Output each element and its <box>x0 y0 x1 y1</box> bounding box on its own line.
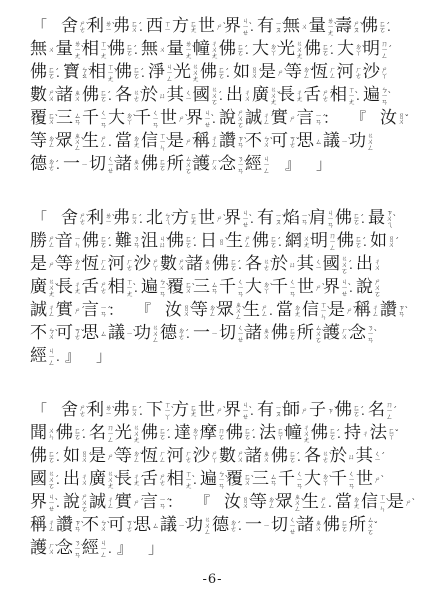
han-char-unit: 生ㄕㄥ <box>302 491 328 514</box>
han-char: 最 <box>368 210 385 227</box>
han-char-unit: 方ㄈㄤ <box>172 207 198 230</box>
zhuyin-annotation: ㄈㄛˊ <box>159 153 166 176</box>
han-char-unit: 佛ㄈㄛˊ <box>337 230 363 253</box>
zhuyin-tone-mark: ˇ <box>192 162 197 171</box>
zhuyin-tone-mark: ˋ <box>270 285 275 294</box>
zhuyin-annotation: ㄈㄛˊ <box>353 207 360 230</box>
zhuyin-letter: ㄢ <box>100 122 107 128</box>
zhuyin-tone-mark: ˊ <box>133 47 138 56</box>
han-char-unit: 實ㄕˊ <box>56 299 82 322</box>
han-char: 名 <box>368 402 385 419</box>
zhuyin-tone-mark: ˋ <box>211 116 216 125</box>
zhuyin-tone-mark: ˋ <box>112 408 117 417</box>
zhuyin-annotation: ㄈㄛˊ <box>289 322 296 345</box>
zhuyin-tone-mark: ˊ <box>192 454 197 463</box>
zhuyin-letter: ㄤ <box>353 503 360 509</box>
zhuyin-tone-mark: ˊ <box>192 93 197 102</box>
period-mark: . <box>328 493 335 514</box>
han-char: 持 <box>344 425 361 442</box>
han-char: 稱 <box>30 517 47 534</box>
han-char-unit: 光ㄍㄨㄤ <box>174 61 200 84</box>
han-char: 佛 <box>271 325 288 342</box>
han-char-unit: 諸ㄓㄨ <box>245 445 271 468</box>
han-char: 德 <box>160 325 177 342</box>
zhuyin-annotation: ㄑㄧㄢ <box>100 107 107 130</box>
zhuyin-annotation: ㄍㄜˋ <box>322 445 329 468</box>
zhuyin-annotation: ㄉㄜˊ <box>48 153 55 176</box>
zhuyin-annotation: ㄑㄧㄢ <box>289 276 296 299</box>
zhuyin-annotation: ㄙ <box>100 322 107 345</box>
han-char: 大 <box>337 41 354 58</box>
han-char-unit: 世ㄕˋ <box>356 468 382 491</box>
zhuyin-annotation: ㄍㄜˋ <box>263 253 270 276</box>
zhuyin-annotation: ㄈㄤ <box>190 399 197 422</box>
zhuyin-tone-mark: ˋ <box>244 139 249 148</box>
han-char-unit: 德ㄉㄜˊ <box>160 322 186 345</box>
zhuyin-tone-mark: ˊ <box>166 500 171 509</box>
zhuyin-tone-mark: ˋ <box>86 408 91 417</box>
zhuyin-annotation: ㄌㄧˋ <box>105 15 112 38</box>
zhuyin-annotation: ㄈㄨˊ <box>131 207 138 230</box>
quote-mark: 「 <box>32 15 47 38</box>
zhuyin-tone-mark: ˋ <box>166 139 171 148</box>
zhuyin-annotation: ㄅㄧㄢˋ <box>381 84 388 107</box>
zhuyin-tone-mark: ˇ <box>282 216 287 225</box>
han-char: 佛 <box>212 256 229 273</box>
han-char-unit: 念ㄋㄧㄢˋ <box>219 153 245 176</box>
zhuyin-tone-mark: ˋ <box>112 24 117 33</box>
han-char-unit: 大ㄉㄚˋ <box>304 468 330 491</box>
zhuyin-annotation: ㄔㄥˊ <box>48 299 55 322</box>
zhuyin-tone-mark: ˊ <box>322 116 327 125</box>
han-char-unit: 師ㄕ <box>283 399 309 422</box>
paragraph: 「舍ㄕㄜˋ利ㄌㄧˋ弗ㄈㄨˊ.北ㄅㄟˇ方ㄈㄤ世ㄕˋ界ㄐㄧㄝˋ.有ㄧㄡˇ焰ㄧㄢˋ肩ㄐ… <box>30 207 399 368</box>
han-char: 議 <box>160 517 177 534</box>
zhuyin-annotation: ㄧㄢˊ <box>100 299 107 322</box>
han-char-unit: 讚ㄗㄢˋ <box>380 299 406 322</box>
zhuyin-annotation: ㄧㄡˇ <box>275 399 282 422</box>
zhuyin-tone-mark: ˇ <box>334 408 339 417</box>
zhuyin-tone-mark: ˊ <box>360 216 365 225</box>
text-line: 等ㄉㄥˇ眾ㄓㄨㄥˋ生ㄕㄥ.當ㄉㄤ信ㄒㄧㄣˋ是ㄕˋ稱ㄔㄥ讚ㄗㄢˋ不ㄅㄨˋ可ㄎㄜˇ思… <box>30 130 399 153</box>
han-char-unit: 國ㄍㄨㄛˊ <box>193 84 219 107</box>
zhuyin-tone-mark: ˋ <box>244 331 249 340</box>
zhuyin-letter: ㄥ <box>211 142 218 148</box>
zhuyin-tone-mark: ˊ <box>277 239 282 248</box>
han-char-unit: 焰ㄧㄢˋ <box>283 207 309 230</box>
zhuyin-annotation: ㄧㄢˋ <box>301 207 308 230</box>
spacer <box>49 29 61 30</box>
han-char-unit: 大ㄉㄚˋ <box>337 38 363 61</box>
zhuyin-annotation: ㄈㄛˊ <box>74 422 81 445</box>
han-char-unit: 諸ㄓㄨ <box>115 153 141 176</box>
zhuyin-tone-mark: ˊ <box>303 93 308 102</box>
zhuyin-tone-mark: ˊ <box>395 239 400 248</box>
text-line: 德ㄉㄜˊ.一ㄧ切ㄑㄧㄝˋ諸ㄓㄨ佛ㄈㄛˊ所ㄙㄨㄛˇ護ㄏㄨˋ念ㄋㄧㄢˋ經ㄐㄧㄥ』」 <box>30 153 399 176</box>
han-char-unit: 佛ㄈㄛˊ <box>311 422 337 445</box>
han-char: 寶 <box>63 64 80 81</box>
han-char: 界 <box>30 494 47 511</box>
han-char-unit: 佛ㄈㄛˊ <box>141 422 167 445</box>
zhuyin-annotation: ㄇㄧㄥˊ <box>386 399 393 422</box>
zhuyin-tone-mark: ˇ <box>275 500 280 509</box>
han-char-unit: 信ㄒㄧㄣˋ <box>361 491 387 514</box>
zhuyin-tone-mark: ˊ <box>329 47 334 56</box>
han-char: 下 <box>146 402 163 419</box>
zhuyin-annotation: ㄕㄚ <box>381 61 388 84</box>
zhuyin-annotation: ㄐㄧㄝˋ <box>242 207 249 230</box>
zhuyin-tone-mark: ˋ <box>381 477 386 486</box>
han-char-unit: 三ㄙㄢ <box>56 107 82 130</box>
zhuyin-annotation: ㄅㄠˇ <box>81 61 88 84</box>
zhuyin-tone-mark: ˋ <box>348 285 353 294</box>
han-char-unit: 稱ㄔㄥ <box>30 514 56 537</box>
zhuyin-annotation: ㄏㄥˊ <box>329 61 336 84</box>
zhuyin-tone-mark: ˊ <box>393 408 398 417</box>
text-line: 數ㄕㄨˋ諸ㄓㄨ佛ㄈㄛˊ.各ㄍㄜˋ於ㄩˊ其ㄑㄧˊ國ㄍㄨㄛˊ.出ㄔㄨ廣ㄍㄨㄤˇ長ㄔㄤ… <box>30 84 399 107</box>
zhuyin-letter: ㄢ <box>74 119 81 125</box>
zhuyin-tone-mark: ˊ <box>355 454 360 463</box>
han-char-unit: 界ㄐㄧㄝˋ <box>224 207 250 230</box>
zhuyin-annotation: ㄐㄧㄝˋ <box>242 399 249 422</box>
zhuyin-annotation: ㄧ <box>81 153 88 176</box>
han-char-unit: 明ㄇㄧㄥˊ <box>363 38 389 61</box>
han-char-unit: 達ㄉㄚˊ <box>174 422 200 445</box>
han-char: 千 <box>82 110 99 127</box>
han-char-unit: 相ㄒㄧㄤˋ <box>330 84 356 107</box>
zhuyin-annotation: ㄅㄟˇ <box>164 207 171 230</box>
han-char-unit: 遍ㄅㄧㄢˋ <box>363 84 389 107</box>
han-char-unit: 弗ㄈㄨˊ <box>113 207 139 230</box>
han-char: 網 <box>285 233 302 250</box>
zhuyin-annotation: ㄈㄛˊ <box>48 445 55 468</box>
han-char-unit: 舍ㄕㄜˋ <box>61 15 87 38</box>
zhuyin-annotation: ㄐㄧㄢ <box>327 207 334 230</box>
zhuyin-tone-mark: ˋ <box>55 116 60 125</box>
han-char: 佛 <box>30 64 47 81</box>
zhuyin-annotation: ㄋㄧㄢˋ <box>74 537 81 560</box>
han-char-unit: 護ㄏㄨˋ <box>323 322 349 345</box>
zhuyin-annotation: ㄈㄚˇ <box>388 422 395 445</box>
han-char-unit: 世ㄕˋ <box>198 399 224 422</box>
zhuyin-letter: ㄥ <box>244 242 251 248</box>
han-char-unit: 生ㄕㄥ <box>82 130 108 153</box>
han-char-unit: 舍ㄕㄜˋ <box>61 399 87 422</box>
zhuyin-annotation: ㄧˋ <box>178 514 185 537</box>
zhuyin-tone-mark: ˋ <box>348 139 353 148</box>
han-char-unit: 佛ㄈㄛˊ <box>108 38 134 61</box>
zhuyin-annotation: ㄕㄥ <box>100 130 107 153</box>
zhuyin-annotation: ㄉㄜˊ <box>230 514 237 537</box>
zhuyin-annotation: ㄍㄨㄤ <box>133 422 140 445</box>
han-char: 信 <box>141 133 158 150</box>
zhuyin-tone-mark: ˊ <box>258 70 263 79</box>
han-char: 說 <box>63 494 80 511</box>
zhuyin-tone-mark: ˊ <box>270 116 275 125</box>
zhuyin-tone-mark: ˋ <box>225 239 230 248</box>
zhuyin-annotation: ㄙㄨㄛˇ <box>367 514 374 537</box>
han-char-unit: 說ㄕㄨㄛ <box>219 107 245 130</box>
han-char: 方 <box>172 18 189 35</box>
zhuyin-tone-mark: ˋ <box>81 523 86 532</box>
text-line: 國ㄍㄨㄛˊ.出ㄔㄨ廣ㄍㄨㄤˇ長ㄔㄤˊ舌ㄕㄜˊ相ㄒㄧㄤˋ.遍ㄅㄧㄢˋ覆ㄈㄨˋ三ㄙㄢ… <box>30 468 399 491</box>
han-char-unit: 摩ㄇㄛˊ <box>200 422 226 445</box>
zhuyin-annotation: ㄓㄨ <box>263 322 270 345</box>
zhuyin-annotation: ㄈㄤ <box>190 207 197 230</box>
han-char: 有 <box>257 210 274 227</box>
han-char: 佛 <box>271 448 288 465</box>
zhuyin-annotation: ㄕㄥ <box>261 299 268 322</box>
han-char-unit: 佛ㄈㄛˊ <box>323 514 349 537</box>
zhuyin-annotation: ㄗㄢˋ <box>74 514 81 537</box>
zhuyin-annotation: ㄐㄧㄝˋ <box>242 15 249 38</box>
han-char-unit: 難ㄋㄢˊ <box>115 230 141 253</box>
han-char-unit: 眾ㄓㄨㄥˋ <box>276 491 302 514</box>
han-char: 各 <box>304 448 321 465</box>
quote-mark: 」 <box>96 345 111 368</box>
spacer <box>49 221 61 222</box>
han-char-unit: 壽ㄕㄡˋ <box>335 15 361 38</box>
zhuyin-annotation: ㄧㄡˇ <box>275 15 282 38</box>
zhuyin-tone-mark: ˇ <box>282 408 287 417</box>
zhuyin-annotation: ㄕ <box>301 399 308 422</box>
zhuyin-annotation: ㄈㄛˊ <box>230 253 237 276</box>
han-char: 一 <box>193 325 210 342</box>
han-char-unit: 恆ㄏㄥˊ <box>311 61 337 84</box>
spacer <box>302 167 314 168</box>
zhuyin-annotation: ㄈㄨˊ <box>131 15 138 38</box>
zhuyin-tone-mark: ˇ <box>310 239 315 248</box>
han-char-unit: 佛ㄈㄛˊ <box>271 445 297 468</box>
han-char-unit: 淨ㄐㄧㄥˋ <box>148 61 174 84</box>
han-char-unit: 讚ㄗㄢˋ <box>56 514 82 537</box>
zhuyin-tone-mark: ˋ <box>173 70 178 79</box>
zhuyin-annotation: ㄍㄨㄤˇ <box>270 84 277 107</box>
zhuyin-annotation: ㄏㄨˋ <box>48 537 55 560</box>
zhuyin-tone-mark: ˇ <box>114 477 119 486</box>
zhuyin-tone-mark: ˇ <box>166 239 171 248</box>
zhuyin-tone-mark: ˋ <box>192 285 197 294</box>
zhuyin-tone-mark: ˋ <box>107 523 112 532</box>
zhuyin-annotation: ㄈㄨˊ <box>131 399 138 422</box>
zhuyin-annotation: ㄍㄨㄤˇ <box>48 276 55 299</box>
period-mark: . <box>108 539 115 560</box>
zhuyin-annotation: ㄉㄚˋ <box>263 276 270 299</box>
zhuyin-tone-mark: ˊ <box>218 47 223 56</box>
han-char: 出 <box>63 471 80 488</box>
zhuyin-annotation: ㄗˇ <box>327 399 334 422</box>
han-char: 信 <box>302 302 319 319</box>
zhuyin-tone-mark: ˋ <box>301 500 306 509</box>
zhuyin-annotation: ㄙㄢ <box>211 276 218 299</box>
zhuyin-annotation: ㄅㄧㄢˋ <box>218 468 225 491</box>
zhuyin-annotation: ㄙ <box>315 130 322 153</box>
zhuyin-annotation: ㄕㄜˋ <box>79 399 86 422</box>
zhuyin-letter: ㄥ <box>100 552 107 558</box>
zhuyin-letter: ㄧ <box>263 523 270 529</box>
han-char-unit: 汝ㄖㄨˇ <box>224 491 250 514</box>
paragraph: 「舍ㄕㄜˋ利ㄌㄧˋ弗ㄈㄨˊ.下ㄒㄧㄚˋ方ㄈㄤ世ㄕˋ界ㄐㄧㄝˋ.有ㄧㄡˇ師ㄕ子ㄗˇ… <box>30 399 399 560</box>
zhuyin-annotation: ㄕˋ <box>277 61 284 84</box>
han-char: 經 <box>30 348 47 365</box>
zhuyin-tone-mark: ˊ <box>310 431 315 440</box>
text-line: 不ㄅㄨˋ可ㄎㄜˇ思ㄙ議ㄧˋ功ㄍㄨㄥ德ㄉㄜˊ.一ㄧ切ㄑㄧㄝˋ諸ㄓㄨ佛ㄈㄛˊ所ㄙㄨㄛ… <box>30 322 399 345</box>
zhuyin-tone-mark: ˊ <box>166 477 171 486</box>
zhuyin-tone-mark: ˇ <box>140 454 145 463</box>
zhuyin-tone-mark: ˋ <box>55 500 60 509</box>
han-char-unit: 功ㄍㄨㄥ <box>134 322 160 345</box>
han-char-unit: 佛ㄈㄛˊ <box>252 230 278 253</box>
zhuyin-annotation: ㄕˋ <box>405 491 412 514</box>
han-char-unit: 是ㄕˋ <box>259 61 285 84</box>
han-char-unit: 如ㄖㄨˊ <box>63 445 89 468</box>
han-char: 佛 <box>82 233 99 250</box>
zhuyin-tone-mark: ˋ <box>355 93 360 102</box>
zhuyin-annotation: ㄑㄧㄢ <box>237 276 244 299</box>
han-char: 護 <box>30 540 47 557</box>
zhuyin-annotation: ㄕㄨˋ <box>48 84 55 107</box>
zhuyin-annotation: ㄉㄚˋ <box>322 468 329 491</box>
zhuyin-annotation: ㄎㄜˇ <box>126 514 133 537</box>
zhuyin-tone-mark: ˊ <box>81 431 86 440</box>
han-char-unit: 是ㄕˋ <box>89 445 115 468</box>
han-char: 佛 <box>30 448 47 465</box>
zhuyin-annotation: ㄑㄧㄢ <box>348 468 355 491</box>
han-char: 廣 <box>89 471 106 488</box>
han-char-unit: 相ㄒㄧㄤˋ <box>108 276 134 299</box>
han-char: 說 <box>219 110 236 127</box>
han-char-unit: 三ㄙㄢ <box>193 276 219 299</box>
zhuyin-tone-mark: ˋ <box>133 116 138 125</box>
zhuyin-tone-mark: ˊ <box>296 331 301 340</box>
han-char: 數 <box>219 448 236 465</box>
zhuyin-annotation: ㄇㄛˊ <box>218 422 225 445</box>
zhuyin-annotation: ㄙㄢ <box>270 468 277 491</box>
period-mark: . <box>269 301 276 322</box>
han-char: 數 <box>160 256 177 273</box>
han-char: 佛 <box>252 233 269 250</box>
han-char-unit: 河ㄏㄜˊ <box>167 445 193 468</box>
zhuyin-tone-mark: ˊ <box>107 308 112 317</box>
zhuyin-tone-mark: ˇ <box>55 285 60 294</box>
zhuyin-annotation: ㄅㄨˋ <box>100 514 107 537</box>
han-char-unit: 利ㄌㄧˋ <box>87 399 113 422</box>
zhuyin-tone-mark: ˋ <box>185 116 190 125</box>
zhuyin-annotation: ㄕㄜˋ <box>79 207 86 230</box>
han-char-unit: 各ㄍㄜˋ <box>245 253 271 276</box>
zhuyin-tone-mark: ˇ <box>171 216 176 225</box>
zhuyin-tone-mark: ˊ <box>296 116 301 125</box>
zhuyin-tone-mark: ˋ <box>244 454 249 463</box>
zhuyin-tone-mark: ˊ <box>55 70 60 79</box>
zhuyin-tone-mark: ˊ <box>107 239 112 248</box>
zhuyin-annotation: ㄗㄢˋ <box>398 299 405 322</box>
han-char-unit: 肩ㄐㄧㄢ <box>309 207 335 230</box>
zhuyin-annotation: ㄨˊ <box>301 15 308 38</box>
zhuyin-annotation: ㄈㄛˊ <box>353 399 360 422</box>
han-char-unit: 當ㄉㄤ <box>115 130 141 153</box>
zhuyin-tone-mark: ˋ <box>185 523 190 532</box>
zhuyin-annotation: ㄍㄜˋ <box>133 84 140 107</box>
zhuyin-tone-mark: ˋ <box>353 308 358 317</box>
zhuyin-annotation: ㄉㄚˋ <box>126 107 133 130</box>
han-char-unit: 方ㄈㄤ <box>172 399 198 422</box>
han-char-unit: 等ㄉㄥˇ <box>56 253 82 276</box>
zhuyin-annotation: ㄔㄥ <box>48 514 55 537</box>
han-char: 如 <box>233 64 250 81</box>
zhuyin-annotation: ㄒㄧㄤˋ <box>348 84 355 107</box>
zhuyin-annotation: ㄈㄨˋ <box>48 107 55 130</box>
zhuyin-annotation: ㄕㄨㄛ <box>374 276 381 299</box>
zhuyin-annotation: ㄕˊ <box>289 107 296 130</box>
han-char: 說 <box>356 279 373 296</box>
han-char-unit: 相ㄒㄧㄤˋ <box>167 468 193 491</box>
zhuyin-annotation: ㄈㄛˊ <box>322 38 329 61</box>
zhuyin-annotation: ㄈㄨˋ <box>185 276 192 299</box>
han-char-unit: 諸ㄓㄨ <box>186 253 212 276</box>
han-char: 當 <box>276 302 293 319</box>
spacer <box>368 121 380 122</box>
han-char-unit: 德ㄉㄜˊ <box>212 514 238 537</box>
zhuyin-tone-mark: ˋ <box>86 216 91 225</box>
han-char-unit: 數ㄕㄨˋ <box>30 84 56 107</box>
zhuyin-tone-mark: ˋ <box>171 408 176 417</box>
zhuyin-annotation: ㄒㄧㄤˋ <box>100 38 107 61</box>
zhuyin-annotation: ㄧㄢˊ <box>315 107 322 130</box>
zhuyin-annotation: ㄕㄨˋ <box>237 445 244 468</box>
han-char-unit: 念ㄋㄧㄢˋ <box>349 322 375 345</box>
zhuyin-annotation: ㄔㄥ <box>211 130 218 153</box>
zhuyin-annotation: ㄧ <box>263 514 270 537</box>
han-char: 大 <box>304 471 321 488</box>
han-char: 當 <box>335 494 352 511</box>
han-char: 子 <box>309 402 326 419</box>
han-char: 無 <box>30 41 47 58</box>
zhuyin-annotation: ㄐㄧㄝˋ <box>48 491 55 514</box>
zhuyin-annotation: ㄙ <box>152 514 159 537</box>
zhuyin-letter: ㄧ <box>81 162 88 168</box>
han-char-unit: 其ㄑㄧˊ <box>356 445 382 468</box>
zhuyin-tone-mark: ˊ <box>225 431 230 440</box>
han-char-unit: 千ㄑㄧㄢ <box>82 107 108 130</box>
han-char-unit: 說ㄕㄨㄛ <box>356 276 382 299</box>
zhuyin-annotation: ㄉㄤ <box>133 130 140 153</box>
spacer <box>337 121 349 122</box>
zhuyin-tone-mark: ˇ <box>55 139 60 148</box>
han-char-unit: 廣ㄍㄨㄤˇ <box>252 84 278 107</box>
quote-mark: 『 <box>136 299 151 322</box>
han-char: 誠 <box>245 110 262 127</box>
zhuyin-annotation: ㄉㄚˋ <box>270 38 277 61</box>
zhuyin-annotation: ㄐㄧㄝˋ <box>341 276 348 299</box>
zhuyin-annotation: ㄕˊ <box>74 299 81 322</box>
zhuyin-annotation: ㄉㄥˇ <box>303 61 310 84</box>
zhuyin-annotation: ㄏㄜˊ <box>126 253 133 276</box>
zhuyin-annotation: ㄒㄧㄤˋ <box>185 468 192 491</box>
zhuyin-letter: ㄤ <box>294 311 301 317</box>
zhuyin-annotation: ㄇㄧㄥˊ <box>381 38 388 61</box>
zhuyin-letter: ㄤ <box>296 53 303 59</box>
period-mark: . <box>56 347 63 368</box>
han-char: 讚 <box>56 517 73 534</box>
zhuyin-annotation: ㄔㄨㄤˊ <box>303 422 310 445</box>
han-char: 如 <box>63 448 80 465</box>
han-char-unit: 法ㄈㄚˇ <box>259 422 285 445</box>
han-char-unit: 名ㄇㄧㄥˊ <box>368 399 394 422</box>
zhuyin-annotation: ㄧㄡˇ <box>275 207 282 230</box>
han-char-unit: 弗ㄈㄨˊ <box>113 15 139 38</box>
han-char-unit: 是ㄕˋ <box>167 130 193 153</box>
